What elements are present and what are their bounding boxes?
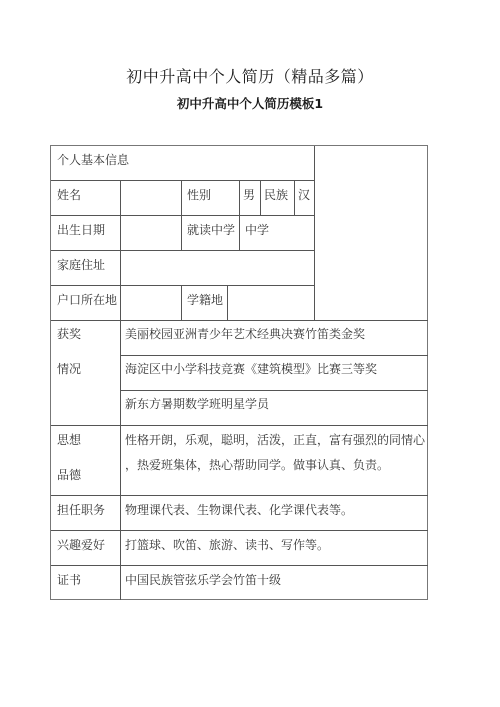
school-registry-field[interactable] bbox=[232, 293, 310, 307]
grid-line bbox=[181, 285, 182, 320]
name-field[interactable] bbox=[125, 188, 177, 202]
grid-line bbox=[239, 180, 240, 250]
grid-line bbox=[120, 390, 428, 391]
grid-line bbox=[227, 285, 228, 320]
grid-line bbox=[51, 320, 428, 321]
document-subtitle: 初中升高中个人简历模板1 bbox=[0, 94, 500, 112]
grid-line bbox=[120, 180, 121, 600]
hobbies-value: 打篮球、吹笛、旅游、读书、写作等。 bbox=[125, 538, 329, 552]
address-field[interactable] bbox=[125, 258, 310, 272]
character-label-line1: 思想 bbox=[57, 433, 81, 447]
document-title: 初中升高中个人简历（精品多篇） bbox=[0, 64, 500, 87]
grid-line bbox=[51, 495, 428, 496]
address-label: 家庭住址 bbox=[57, 258, 105, 272]
certificates-label: 证书 bbox=[57, 573, 81, 587]
ethnicity-value[interactable]: 汉 bbox=[298, 188, 310, 202]
grid-line bbox=[51, 530, 428, 531]
school-value[interactable]: 中学 bbox=[245, 223, 269, 237]
grid-line bbox=[51, 250, 314, 251]
award-item: 新东方暑期数学班明星学员 bbox=[125, 397, 269, 411]
character-label-line2: 品德 bbox=[57, 468, 81, 482]
awards-label-line1: 获奖 bbox=[57, 327, 81, 341]
hobbies-label: 兴趣爱好 bbox=[57, 538, 105, 552]
grid-line bbox=[260, 180, 261, 215]
positions-value: 物理课代表、生物课代表、化学课代表等。 bbox=[125, 503, 353, 517]
hukou-field[interactable] bbox=[125, 293, 177, 307]
award-item: 美丽校园亚洲青少年艺术经典决赛竹笛类金奖 bbox=[125, 327, 365, 341]
award-item: 海淀区中小学科技竞赛《建筑模型》比赛三等奖 bbox=[125, 362, 377, 376]
birthdate-label: 出生日期 bbox=[57, 223, 105, 237]
grid-line bbox=[51, 215, 314, 216]
character-text-line1: 性格开朗，乐观，聪明，活泼，正直，富有强烈的同情心 bbox=[125, 433, 425, 447]
gender-value[interactable]: 男 bbox=[243, 188, 255, 202]
birthdate-field[interactable] bbox=[125, 223, 177, 237]
grid-line bbox=[51, 425, 428, 426]
name-label: 姓名 bbox=[57, 188, 81, 202]
grid-line bbox=[120, 355, 428, 356]
ethnicity-label: 民族 bbox=[264, 188, 288, 202]
resume-table: 个人基本信息 姓名 性别 男 民族 汉 出生日期 就读中学 中学 家庭住址 户口… bbox=[50, 145, 428, 600]
school-registry-label: 学籍地 bbox=[187, 293, 223, 307]
positions-label: 担任职务 bbox=[57, 503, 105, 517]
grid-line bbox=[294, 180, 295, 215]
grid-line bbox=[181, 180, 182, 250]
school-label: 就读中学 bbox=[187, 223, 235, 237]
awards-label-line2: 情况 bbox=[57, 362, 81, 376]
grid-line bbox=[51, 285, 314, 286]
grid-line bbox=[51, 565, 428, 566]
hukou-label: 户口所在地 bbox=[57, 293, 117, 307]
section-header: 个人基本信息 bbox=[57, 153, 129, 167]
grid-line bbox=[51, 180, 314, 181]
photo-area bbox=[315, 147, 427, 319]
gender-label: 性别 bbox=[187, 188, 211, 202]
character-text-line2: ，热爱班集体，热心帮助同学。做事认真、负责。 bbox=[125, 458, 389, 472]
certificates-value: 中国民族管弦乐学会竹笛十级 bbox=[125, 573, 281, 587]
